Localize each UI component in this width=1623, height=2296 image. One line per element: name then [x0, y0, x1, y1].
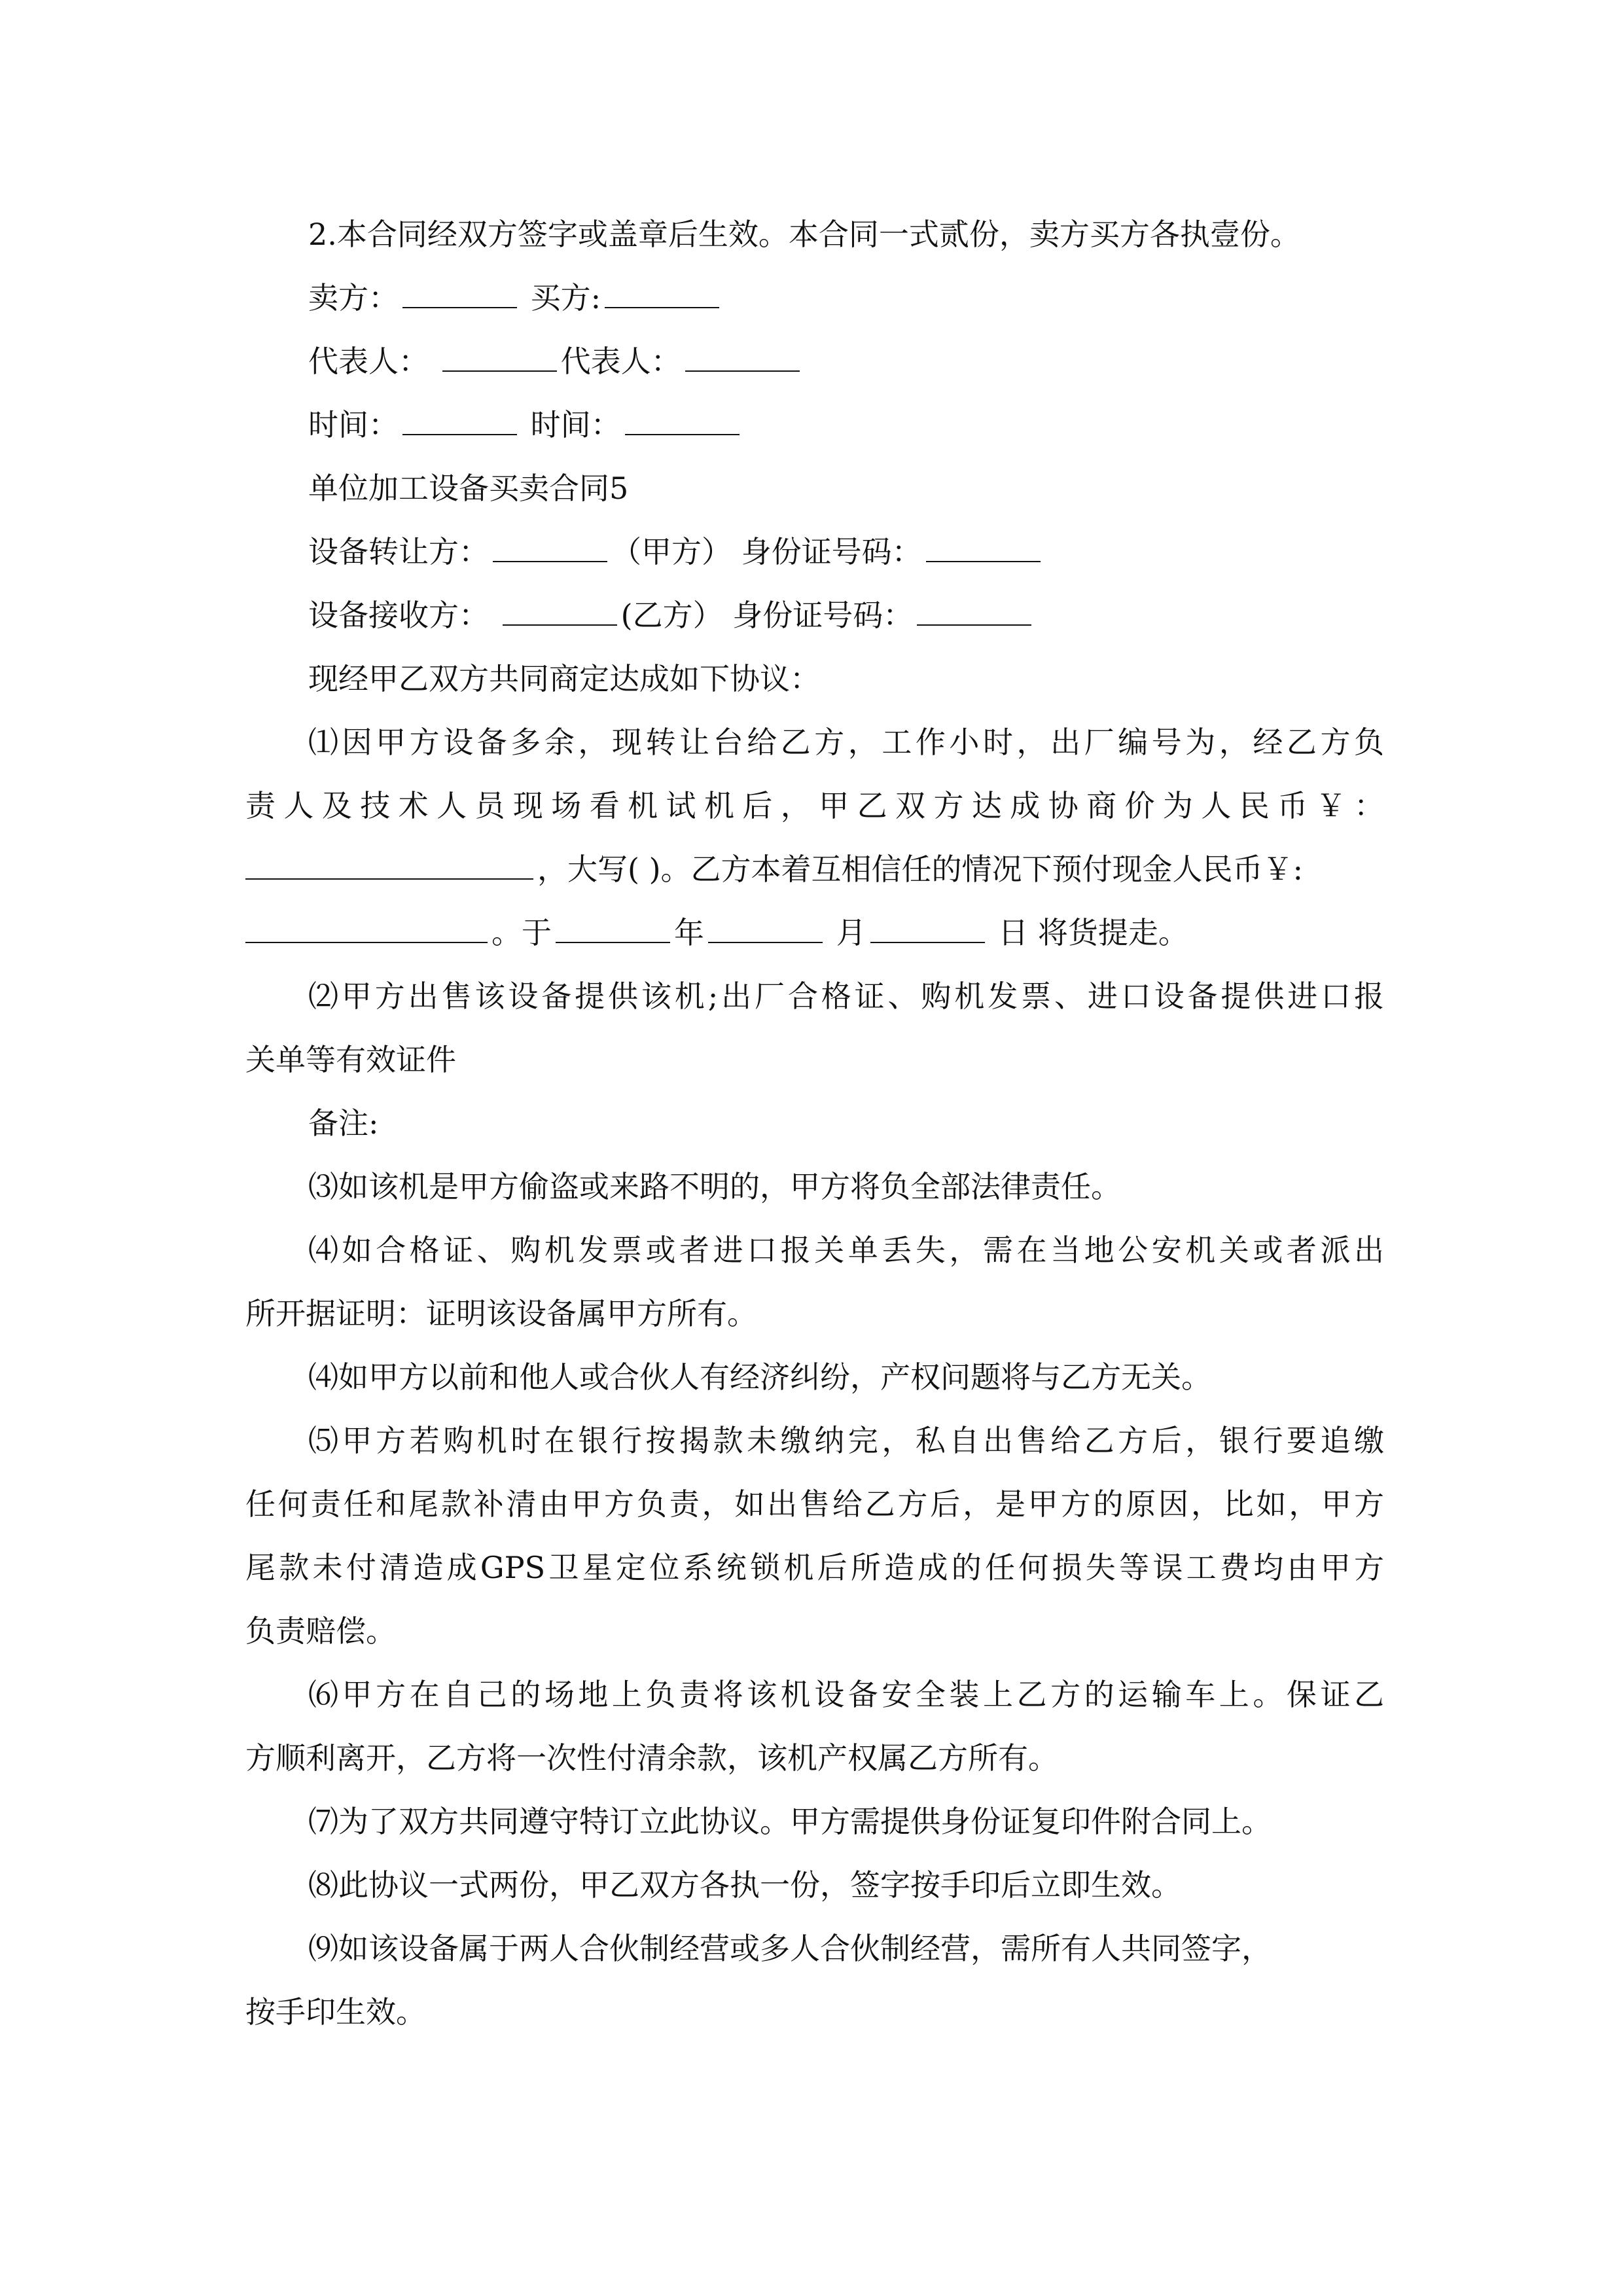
- rep2-blank[interactable]: [685, 370, 800, 372]
- time1-blank[interactable]: [402, 433, 517, 435]
- price-blank[interactable]: [245, 878, 533, 880]
- representative-line: 代表人： 代表人：: [245, 330, 1384, 393]
- clause-7: ⑺为了双方共同遵守特订立此协议。甲方需提供身份证复印件附合同上。: [245, 1790, 1384, 1854]
- rep2-label: 代表人：: [561, 344, 681, 379]
- receiver-blank[interactable]: [503, 624, 617, 626]
- clause-1-yu: 。于: [491, 915, 552, 950]
- clause-4a-line-1: ⑷如合格证、购机发票或者进口报关单丢失，需在当地公安机关或者派出: [245, 1219, 1384, 1282]
- clause-8: ⑻此协议一式两份，甲乙双方各执一份，签字按手印后立即生效。: [245, 1854, 1384, 1917]
- transferor-id-blank[interactable]: [926, 560, 1041, 562]
- seller-label: 卖方：: [308, 280, 399, 315]
- transferor-id-label: 身份证号码：: [741, 534, 922, 569]
- year-label: 年: [674, 915, 704, 950]
- year-blank[interactable]: [556, 941, 670, 943]
- month-blank[interactable]: [708, 941, 823, 943]
- buyer-blank[interactable]: [605, 306, 719, 308]
- day-label: 日 将货提走。: [998, 915, 1188, 950]
- time-line: 时间： 时间：: [245, 393, 1384, 457]
- receiver-line: 设备接收方： (乙方） 身份证号码：: [245, 584, 1384, 647]
- clause-3: ⑶如该机是甲方偷盗或来路不明的，甲方将负全部法律责任。: [245, 1155, 1384, 1219]
- month-label: 月: [836, 915, 866, 950]
- rep1-blank[interactable]: [442, 370, 557, 372]
- time1-label: 时间：: [308, 407, 399, 442]
- clause-1-line-1: ⑴因甲方设备多余，现转让台给乙方，工作小时，出厂编号为，经乙方负: [245, 711, 1384, 774]
- clause-4a-line-2: 所开据证明：证明该设备属甲方所有。: [245, 1282, 1384, 1346]
- contract-page: 2.本合同经双方签字或盖章后生效。本合同一式贰份，卖方买方各执壹份。 卖方： 买…: [245, 203, 1384, 2044]
- clause-5-line-1: ⑸甲方若购机时在银行按揭款未缴纳完，私自出售给乙方后，银行要追缴: [245, 1409, 1384, 1473]
- prepay-blank[interactable]: [245, 941, 488, 943]
- transferor-label: 设备转让方：: [308, 534, 489, 569]
- clause-2-line-2: 关单等有效证件: [245, 1028, 1384, 1092]
- effective-clause: 2.本合同经双方签字或盖章后生效。本合同一式贰份，卖方买方各执壹份。: [245, 203, 1384, 266]
- note-label: 备注:: [245, 1092, 1384, 1155]
- intro-line: 现经甲乙双方共同商定达成如下协议：: [245, 647, 1384, 711]
- clause-9-line-2: 按手印生效。: [245, 1981, 1384, 2044]
- clause-5-line-4: 负责赔偿。: [245, 1600, 1384, 1663]
- clause-1-line-4: 。于年 月 日 将货提走。: [245, 901, 1384, 965]
- clause-9-line-1: ⑼如该设备属于两人合伙制经营或多人合伙制经营，需所有人共同签字，: [245, 1917, 1384, 1981]
- clause-2-line-1: ⑵甲方出售该设备提供该机;出厂合格证、购机发票、进口设备提供进口报: [245, 965, 1384, 1028]
- day-blank[interactable]: [870, 941, 985, 943]
- time2-label: 时间：: [531, 407, 621, 442]
- clause-1-line-3-text: ，大写( )。乙方本着互相信任的情况下预付现金人民币￥:: [537, 852, 1303, 887]
- buyer-label: 买方:: [531, 280, 601, 315]
- seller-buyer-line: 卖方： 买方:: [245, 266, 1384, 330]
- clause-6-line-2: 方顺利离开，乙方将一次性付清余款，该机产权属乙方所有。: [245, 1727, 1384, 1790]
- transferor-party: （甲方）: [611, 534, 732, 569]
- rep1-label: 代表人：: [308, 344, 429, 379]
- time2-blank[interactable]: [625, 433, 740, 435]
- contract-title: 单位加工设备买卖合同5: [245, 457, 1384, 520]
- clause-1-line-2: 责人及技术人员现场看机试机后，甲乙双方达成协商价为人民币￥：: [245, 774, 1384, 838]
- receiver-id-blank[interactable]: [917, 624, 1031, 626]
- transferor-blank[interactable]: [493, 560, 607, 562]
- receiver-label: 设备接收方：: [308, 598, 489, 633]
- clause-5-line-2: 任何责任和尾款补清由甲方负责，如出售给乙方后，是甲方的原因，比如，甲方: [245, 1473, 1384, 1536]
- clause-1-line-3: ，大写( )。乙方本着互相信任的情况下预付现金人民币￥:: [245, 838, 1384, 901]
- transferor-line: 设备转让方：（甲方） 身份证号码：: [245, 520, 1384, 584]
- receiver-id-label: 身份证号码：: [732, 598, 913, 633]
- clause-4b: ⑷如甲方以前和他人或合伙人有经济纠纷，产权问题将与乙方无关。: [245, 1346, 1384, 1409]
- seller-blank[interactable]: [402, 306, 517, 308]
- clause-5-line-3: 尾款未付清造成GPS卫星定位系统锁机后所造成的任何损失等误工费均由甲方: [245, 1536, 1384, 1600]
- clause-6-line-1: ⑹甲方在自己的场地上负责将该机设备安全装上乙方的运输车上。保证乙: [245, 1663, 1384, 1727]
- receiver-party: (乙方）: [621, 598, 723, 633]
